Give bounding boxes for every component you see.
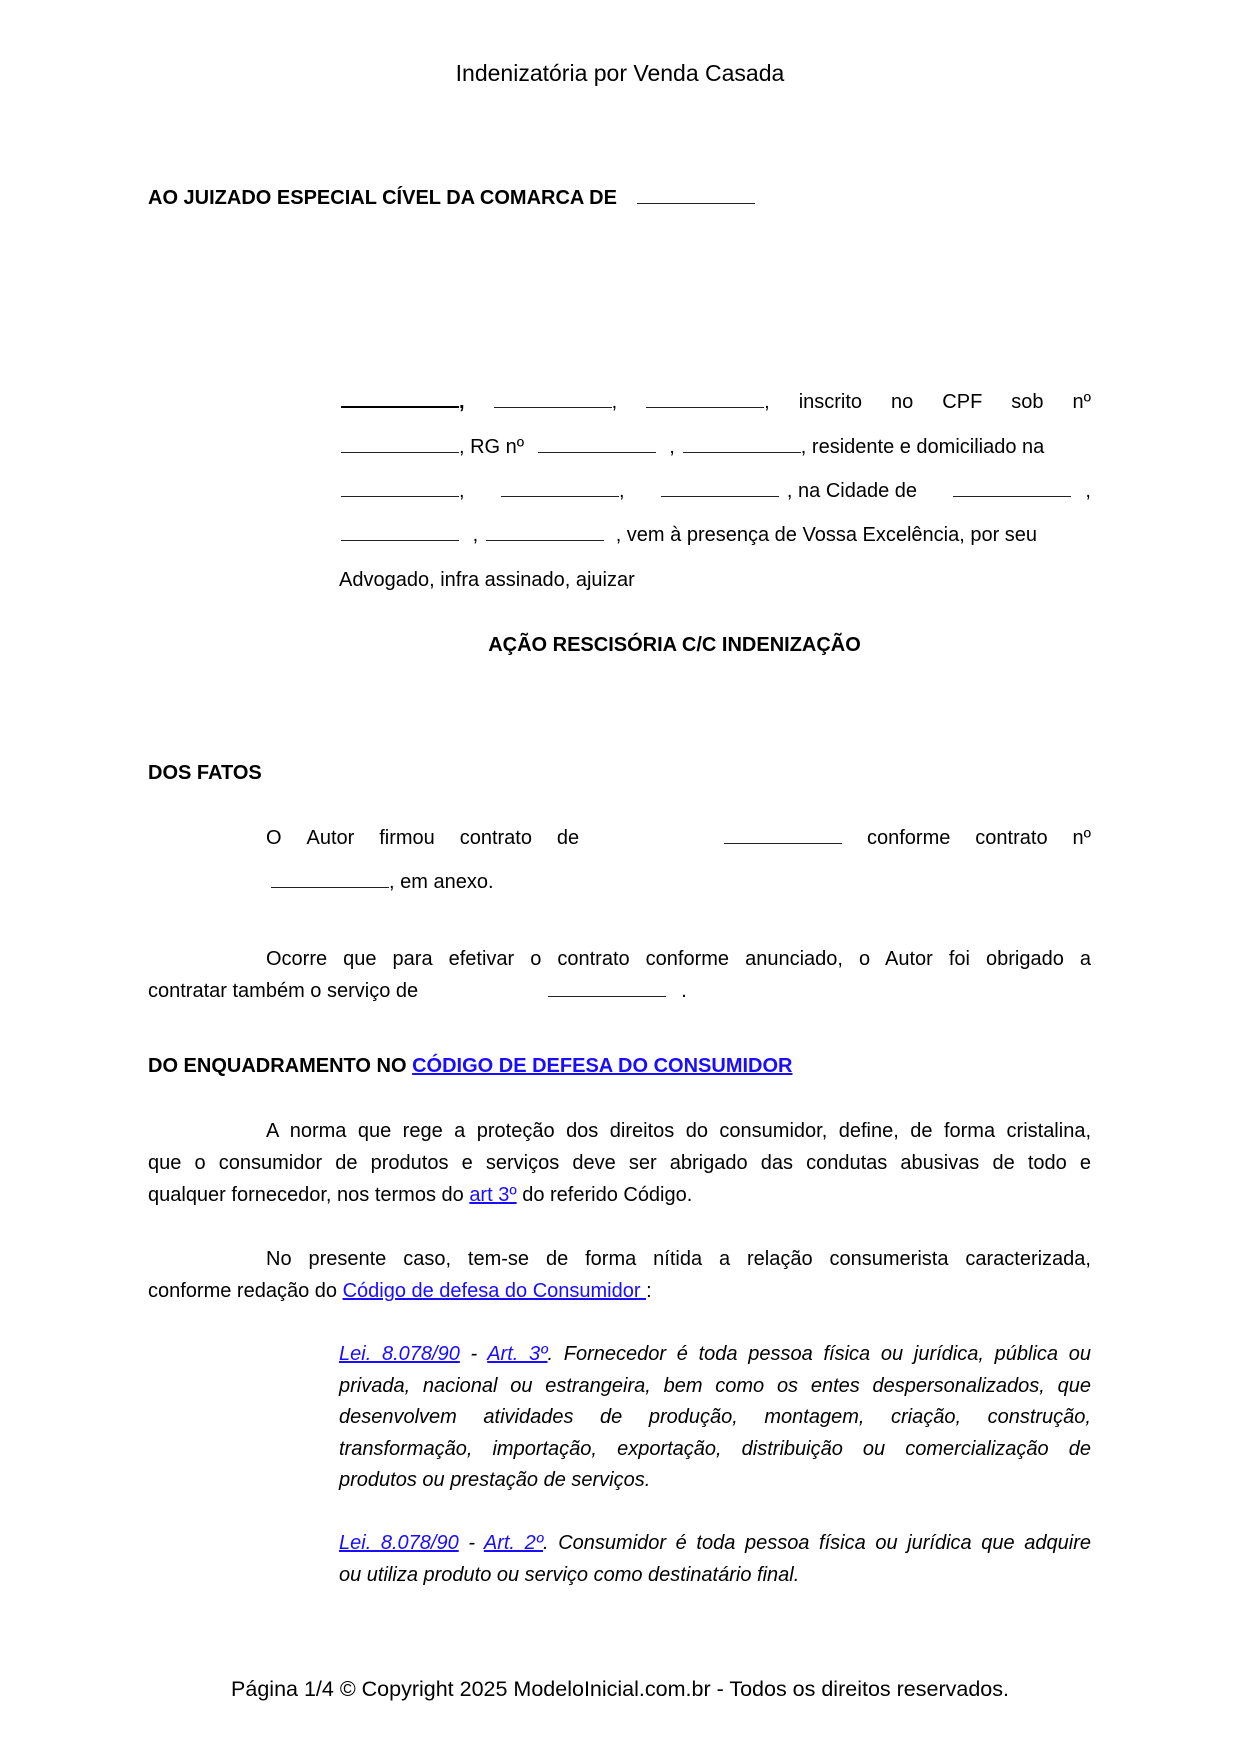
city-label: , na Cidade de [787, 480, 917, 502]
cpf-blank[interactable] [341, 451, 459, 453]
contract-number-blank[interactable] [271, 886, 389, 888]
art-2-quote-link[interactable]: Art. 2º [484, 1532, 543, 1554]
quote-2-line-2: ou utiliza produto ou serviço como desti… [339, 1564, 799, 1587]
text: : [646, 1280, 652, 1302]
text: conforme redação do [148, 1280, 343, 1302]
period: . [681, 980, 687, 1002]
city-blank[interactable] [953, 495, 1071, 497]
address-blank[interactable] [341, 495, 459, 497]
rg-label: , RG nº [459, 436, 524, 458]
separator: , [459, 480, 465, 502]
facts-heading: DOS FATOS [148, 762, 262, 785]
cdc-p1-line-1: A norma que rege a proteção dos direitos… [266, 1120, 1091, 1143]
qualification-line-3: , , , na Cidade de , [341, 480, 1091, 503]
cdc-link[interactable]: Código de defesa do Consumidor [343, 1280, 647, 1302]
qualification-line-4: , , vem à presença de Vossa Excelência, … [341, 524, 1037, 547]
separator: - [459, 1532, 484, 1554]
district-blank[interactable] [661, 495, 779, 497]
addressee-text: AO JUIZADO ESPECIAL CÍVEL DA COMARCA DE [148, 187, 617, 209]
contract-type-blank[interactable] [724, 842, 842, 844]
service-text: contratar também o serviço de [148, 980, 418, 1002]
qualification-line-2: , RG nº ,, residente e domiciliado na [341, 436, 1044, 459]
cdc-heading-link[interactable]: CÓDIGO DE DEFESA DO CONSUMIDOR [412, 1055, 792, 1077]
residence-text: , residente e domiciliado na [801, 436, 1044, 458]
cdc-p1-line-3: qualquer fornecedor, nos termos do art 3… [148, 1184, 692, 1207]
text: qualquer fornecedor, nos termos do [148, 1184, 469, 1206]
word: inscrito [799, 391, 862, 414]
word: CPF [942, 391, 982, 414]
rg-blank[interactable] [538, 451, 656, 453]
word: Autor [306, 827, 354, 850]
name-blank[interactable] [341, 405, 459, 408]
facts-paragraph-1-line-2: , em anexo. [271, 871, 494, 894]
word: nº [1073, 391, 1091, 414]
law-8078-link[interactable]: Lei. 8.078/90 [339, 1532, 459, 1554]
zip-blank[interactable] [486, 539, 604, 541]
page-footer: Página 1/4 © Copyright 2025 ModeloInicia… [0, 1677, 1240, 1702]
quote-1-line-2: privada, nacional ou estrangeira, bem co… [339, 1375, 1091, 1398]
separator: , [669, 436, 675, 458]
quote-text: . Fornecedor é toda pessoa física ou jur… [547, 1343, 1091, 1365]
word: firmou [379, 827, 435, 850]
presence-text: , vem à presença de Vossa Excelência, po… [616, 524, 1037, 546]
facts-paragraph-2-line-2: contratar também o serviço de . [148, 980, 687, 1003]
separator: , [619, 480, 625, 502]
action-title: AÇÃO RESCISÓRIA C/C INDENIZAÇÃO [0, 634, 1240, 657]
text: do referido Código. [517, 1184, 693, 1206]
word: de [557, 827, 579, 850]
marital-status-blank[interactable] [646, 406, 764, 408]
comarca-blank[interactable] [637, 202, 755, 204]
profession-blank[interactable] [683, 451, 801, 453]
qualification-line-1: , , , inscrito no CPF sob nº [341, 391, 1091, 414]
separator: , [1085, 480, 1091, 502]
cdc-p1-line-2: que o consumidor de produtos e serviços … [148, 1152, 1091, 1175]
word: contrato [975, 827, 1047, 850]
word: no [891, 391, 913, 414]
word: nº [1072, 827, 1090, 850]
word: contrato [460, 827, 532, 850]
cdc-p2-line-2: conforme redação do Código de defesa do … [148, 1280, 652, 1303]
word: sob [1011, 391, 1043, 414]
addressee-line: AO JUIZADO ESPECIAL CÍVEL DA COMARCA DE [148, 187, 755, 210]
cdc-p2-line-1: No presente caso, tem-se de forma nítida… [266, 1248, 1091, 1271]
quote-1-line-4: transformação, importação, exportação, d… [339, 1438, 1091, 1461]
law-8078-link[interactable]: Lei. 8.078/90 [339, 1343, 460, 1365]
quote-1-line-1: Lei. 8.078/90 - Art. 3º. Fornecedor é to… [339, 1343, 1091, 1366]
document-header-title: Indenizatória por Venda Casada [0, 60, 1240, 87]
separator: , [459, 391, 465, 413]
state-blank[interactable] [341, 539, 459, 541]
service-blank[interactable] [548, 995, 666, 997]
cdc-heading-prefix: DO ENQUADRAMENTO NO [148, 1055, 412, 1077]
facts-paragraph-2-line-1: Ocorre que para efetivar o contrato conf… [266, 948, 1091, 971]
separator: - [460, 1343, 487, 1365]
qualification-line-5: Advogado, infra assinado, ajuizar [339, 569, 635, 592]
facts-paragraph-1-line-1: O Autor firmou contrato de conforme cont… [266, 827, 1091, 850]
separator: , [473, 524, 479, 546]
cdc-heading: DO ENQUADRAMENTO NO CÓDIGO DE DEFESA DO … [148, 1055, 792, 1078]
art-3-quote-link[interactable]: Art. 3º [487, 1343, 547, 1365]
word: O [266, 827, 282, 850]
art-3-link[interactable]: art 3º [469, 1184, 516, 1206]
quote-2-line-1: Lei. 8.078/90 - Art. 2º. Consumidor é to… [339, 1532, 1091, 1555]
quote-1-line-3: desenvolvem atividades de produção, mont… [339, 1406, 1091, 1429]
separator: , [612, 391, 618, 413]
annex-text: , em anexo. [389, 871, 494, 893]
quote-text: . Consumidor é toda pessoa física ou jur… [543, 1532, 1091, 1554]
separator: , [764, 391, 770, 413]
nationality-blank[interactable] [494, 406, 612, 408]
quote-1-line-5: produtos ou prestação de serviços. [339, 1469, 650, 1492]
word: conforme [867, 827, 950, 850]
number-blank[interactable] [501, 495, 619, 497]
